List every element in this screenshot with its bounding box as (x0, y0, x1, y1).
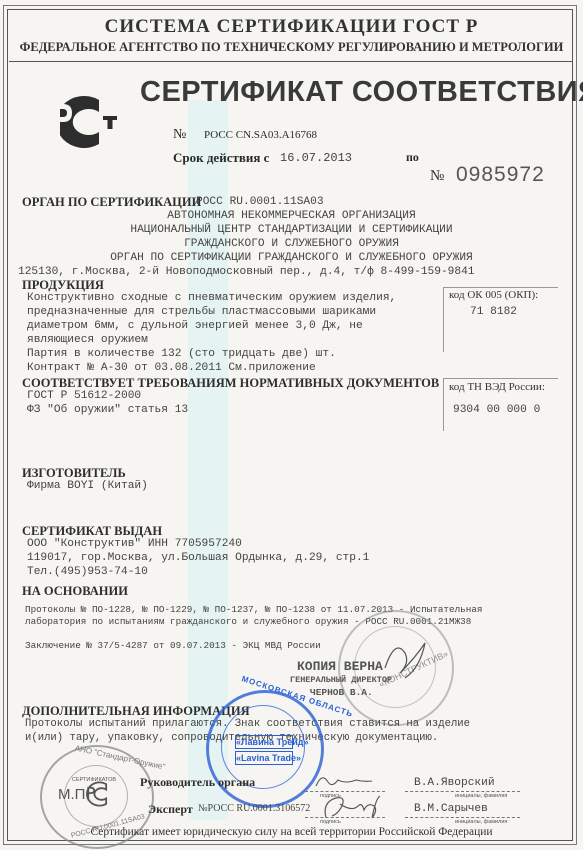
product-line: Партия в количестве 132 (сто тридцать дв… (27, 348, 336, 360)
certification-body-line: ОРГАН ПО СЕРТИФИКАЦИИ ГРАЖДАНСКОГО И СЛУ… (0, 252, 583, 264)
expert-signature-line (305, 817, 385, 818)
head-signature-icon (312, 770, 382, 792)
certification-body-line: НАЦИОНАЛЬНЫЙ ЦЕНТР СТАНДАРТИЗАЦИИ И СЕРТ… (0, 224, 583, 236)
okp-label: код ОК 005 (ОКП): (449, 289, 538, 301)
valid-from: 16.07.2013 (280, 151, 352, 165)
tnved-label: код ТН ВЭД России: (449, 381, 545, 393)
product-line: Контракт № А-30 от 03.08.2011 См.приложе… (27, 362, 316, 374)
product-line: Конструктивно сходные с пневматическим о… (27, 292, 396, 304)
issued-to-line: Тел.(495)953-74-10 (27, 566, 148, 578)
expert-signature-caption: подпись (320, 819, 341, 825)
expert-name: В.М.Сарычев (414, 803, 488, 815)
issued-to-line: ООО "Конструктив" ИНН 7705957240 (27, 538, 242, 550)
system-heading: СИСТЕМА СЕРТИФИКАЦИИ ГОСТ Р (0, 16, 583, 38)
copy-stamp-line1: КОПИЯ ВЕРНА (297, 659, 383, 674)
issued-to-line: 119017, гор.Москва, ул.Большая Ордынка, … (27, 552, 369, 564)
basis-label: НА ОСНОВАНИИ (22, 584, 128, 599)
cert-number: РОСС CN.SA03.A16768 (204, 129, 317, 141)
form-number-sign: № (430, 168, 444, 185)
valid-to-label: по (406, 150, 419, 165)
certification-body-address: 125130, г.Москва, 2-й Новоподмосковный п… (18, 266, 475, 278)
expert-name-caption: инициалы, фамилия (455, 819, 507, 825)
lavina-stamp-line2: «Lavina Trade» (235, 751, 293, 765)
tnved-value: 9304 00 000 0 (453, 404, 540, 416)
expert-label: Эксперт (148, 802, 193, 817)
form-number: 0985972 (456, 163, 545, 187)
product-label: ПРОДУКЦИЯ (22, 278, 104, 293)
conformity-line: ГОСТ Р 51612-2000 (27, 390, 141, 402)
expert-name-line (405, 817, 520, 818)
manufacturer-label: ИЗГОТОВИТЕЛЬ (22, 466, 126, 481)
certificate-page: СИСТЕМА СЕРТИФИКАЦИИ ГОСТ Р ФЕДЕРАЛЬНОЕ … (0, 0, 583, 850)
header-divider (9, 61, 572, 62)
agency-heading: ФЕДЕРАЛЬНОЕ АГЕНТСТВО ПО ТЕХНИЧЕСКОМУ РЕ… (0, 40, 583, 55)
pct-logo-icon (45, 92, 121, 152)
product-line: предназначенные для стрельбы пластмассов… (27, 306, 376, 318)
issued-to-label: СЕРТИФИКАТ ВЫДАН (22, 524, 162, 539)
basis-line: Заключение № 37/5-4287 от 09.07.2013 - Э… (25, 640, 321, 651)
document-title: СЕРТИФИКАТ СООТВЕТСТВИЯ (140, 76, 583, 109)
certification-body-code: РОСС RU.0001.11SA03 (196, 196, 324, 208)
lavina-stamp-line1: «Лавина Трейд» (235, 735, 293, 749)
product-line: являющиеся оружием (27, 334, 148, 346)
okp-value: 71 8182 (470, 306, 517, 318)
director-signature-icon (375, 628, 435, 688)
manufacturer-value: Фирма BOYI (Китай) (27, 480, 148, 492)
certification-body-line: ГРАЖДАНСКОГО И СЛУЖЕБНОГО ОРУЖИЯ (0, 238, 583, 250)
head-name-line (405, 791, 520, 792)
certification-body-line: АВТОНОМНАЯ НЕКОММЕРЧЕСКАЯ ОРГАНИЗАЦИЯ (0, 210, 583, 222)
certification-body-label: ОРГАН ПО СЕРТИФИКАЦИИ (22, 195, 201, 210)
pct-small-logo-icon (82, 780, 116, 808)
conformity-label: СООТВЕТСТВУЕТ ТРЕБОВАНИЯМ НОРМАТИВНЫХ ДО… (22, 376, 439, 391)
head-name: В.А.Яворский (414, 777, 495, 789)
validity-label: Срок действия с (173, 150, 269, 166)
conformity-line: ФЗ "Об оружии" статья 13 (27, 404, 188, 416)
head-name-caption: инициалы, фамилия (455, 793, 507, 799)
copy-stamp-line3: ЧЕРНОВ В.А. (310, 687, 373, 698)
cert-number-sign: № (173, 127, 186, 143)
head-of-body-label: Руководитель органа (140, 775, 255, 790)
product-line: диаметром 6мм, с дульной энергией менее … (27, 320, 363, 332)
legal-validity-footer: Сертификат имеет юридическую силу на все… (0, 826, 583, 838)
expert-code: №РОСС RU.0001.3106572 (198, 803, 310, 814)
